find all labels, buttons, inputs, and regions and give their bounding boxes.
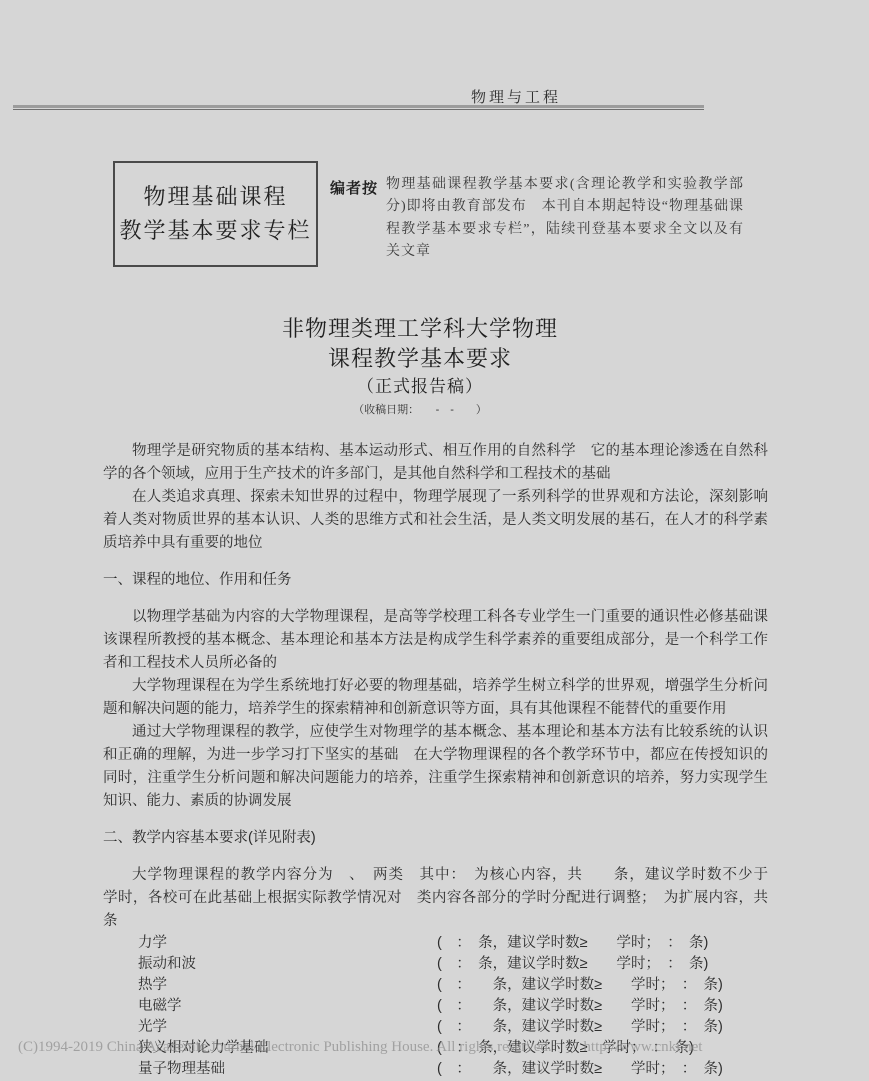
article-title-block: 非物理类理工学科大学物理 课程教学基本要求 （正式报告稿） （收稿日期： - -… (70, 314, 770, 418)
list-item: 振动和波 ( ： 条，建议学时数≥ 学时； ： 条) (103, 954, 768, 975)
course-name: 振动和波 (103, 954, 437, 975)
list-item: 热学 ( ： 条，建议学时数≥ 学时； ： 条) (103, 975, 768, 996)
course-name: 光学 (103, 1017, 437, 1038)
scanned-document-page: 物理与工程 物理基础课程 教学基本要求专栏 编者按 物理基础课程教学基本要求(含… (0, 0, 869, 1081)
paragraph-6: 大学物理课程的教学内容分为 、 两类 其中： 为核心内容，共 条，建议学时数不少… (103, 864, 768, 933)
course-detail: ( ： 条，建议学时数≥ 学时； ： 条) (437, 975, 768, 996)
paragraph-1: 物理学是研究物质的基本结构、基本运动形式、相互作用的自然科学 它的基本理论渗透在… (103, 440, 768, 486)
column-box-line2: 教学基本要求专栏 (119, 214, 311, 248)
course-content-list: 力学 ( ： 条，建议学时数≥ 学时； ： 条) 振动和波 ( ： 条，建议学时… (103, 933, 768, 1080)
course-detail: ( ： 条，建议学时数≥ 学时； ： 条) (437, 996, 768, 1017)
course-name: 力学 (103, 933, 437, 954)
course-detail: ( ： 条，建议学时数≥ 学时； ： 条) (437, 1017, 768, 1038)
course-detail: ( ： 条，建议学时数≥ 学时； ： 条) (437, 954, 768, 975)
editor-note-text: 物理基础课程教学基本要求(含理论教学和实验教学部分)即将由教育部发布 本刊自本期… (386, 174, 744, 264)
course-detail: ( ： 条，建议学时数≥ 学时； ： 条) (437, 1059, 768, 1080)
course-name: 量子物理基础 (103, 1059, 437, 1080)
course-name: 狭义相对论力学基础 (103, 1038, 437, 1059)
course-name: 电磁学 (103, 996, 437, 1017)
paragraph-5: 通过大学物理课程的教学，应使学生对物理学的基本概念、基本理论和基本方法有比较系统… (103, 721, 768, 813)
article-title-line2: 课程教学基本要求 (70, 344, 770, 374)
section-heading-1: 一、课程的地位、作用和任务 (103, 569, 768, 592)
course-detail: ( ： 条，建议学时数≥ 学时； ： 条) (437, 933, 768, 954)
article-subtitle: （正式报告稿） (70, 374, 770, 400)
editor-note-label: 编者按 (330, 177, 378, 198)
list-item: 量子物理基础 ( ： 条，建议学时数≥ 学时； ： 条) (103, 1059, 768, 1080)
section-heading-2: 二、教学内容基本要求(详见附表) (103, 827, 768, 850)
list-item: 电磁学 ( ： 条，建议学时数≥ 学时； ： 条) (103, 996, 768, 1017)
paragraph-2: 在人类追求真理、探索未知世界的过程中，物理学展现了一系列科学的世界观和方法论，深… (103, 486, 768, 555)
paragraph-4: 大学物理课程在为学生系统地打好必要的物理基础，培养学生树立科学的世界观，增强学生… (103, 675, 768, 721)
course-name: 热学 (103, 975, 437, 996)
received-date-line: （收稿日期： - - ） (70, 402, 770, 418)
list-item: 狭义相对论力学基础 ( ： 条，建议学时数≥ 学时； ： 条) (103, 1038, 768, 1059)
course-detail: ( ： 条，建议学时数≥ 学时； ： 条) (437, 1038, 768, 1059)
column-title-box: 物理基础课程 教学基本要求专栏 (113, 161, 318, 267)
paragraph-3: 以物理学基础为内容的大学物理课程，是高等学校理工科各专业学生一门重要的通识性必修… (103, 606, 768, 675)
list-item: 光学 ( ： 条，建议学时数≥ 学时； ： 条) (103, 1017, 768, 1038)
header-divider-rule (13, 105, 704, 110)
column-box-line1: 物理基础课程 (143, 180, 287, 214)
article-title-line1: 非物理类理工学科大学物理 (70, 314, 770, 344)
journal-title-header: 物理与工程 (471, 86, 561, 107)
article-body: 物理学是研究物质的基本结构、基本运动形式、相互作用的自然科学 它的基本理论渗透在… (103, 440, 768, 1080)
list-item: 力学 ( ： 条，建议学时数≥ 学时； ： 条) (103, 933, 768, 954)
